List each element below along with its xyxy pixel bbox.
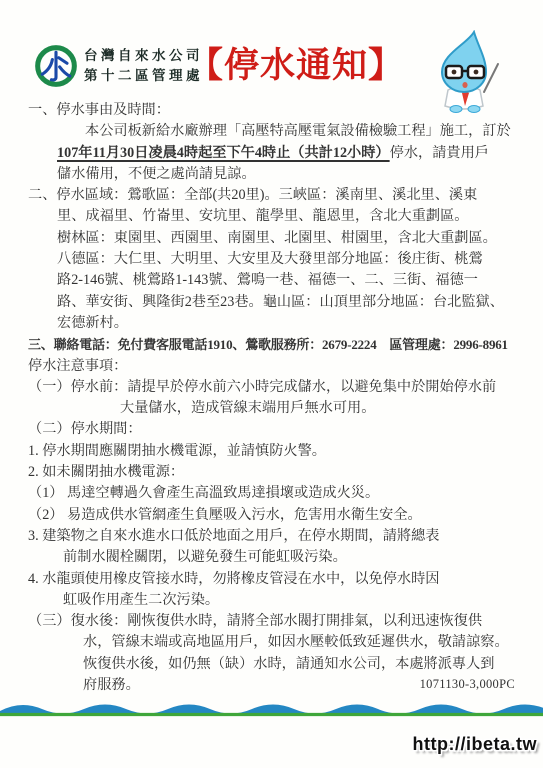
section1-text-prefix: 本公司板新給水廠辦理「高壓特高壓電氣設備檢驗工程」施工，訂於	[85, 123, 511, 139]
brand-block: 台灣自來水公司 第十二區管理處	[34, 44, 203, 88]
company-name: 台灣自來水公司 第十二區管理處	[84, 46, 203, 86]
wave-decoration	[0, 699, 543, 719]
note2-item3: 3. 建築物之自來水進水口低於地面之用戶，在停水期間，請將總表 前制水閥栓關閉，…	[28, 526, 531, 569]
section3-contact-line: 三、聯絡電話：免付費客服電話1910、鶯歌服務所：2679-2224 區管理處：…	[28, 334, 531, 355]
page-title: 【停水通知】	[188, 38, 404, 94]
note2-item4: 4. 水龍頭使用橡皮管接水時，勿將橡皮管浸在水中，以免停水時因 虹吸作用產生二次…	[28, 569, 531, 612]
notice-body: 一、停水事由及時間： 本公司板新給水廠辦理「高壓特高壓電氣設備檢驗工程」施工，訂…	[28, 100, 531, 696]
note1-before-suspension: （一）停水前：請提早於停水前六小時完成儲水，以避免集中於開始停水前 大量儲水，造…	[28, 377, 531, 420]
section1-paragraph: 本公司板新給水廠辦理「高壓特高壓電氣設備檢驗工程」施工，訂於 107年11月30…	[28, 121, 531, 185]
notice-header: 台灣自來水公司 第十二區管理處 【停水通知】	[0, 36, 543, 102]
note2-item1: 1. 停水期間應關閉抽水機電源，並請慎防火警。	[28, 441, 531, 462]
company-name-line2: 第十二區管理處	[84, 66, 203, 86]
notice-page: 台灣自來水公司 第十二區管理處 【停水通知】	[0, 0, 543, 768]
note2-item2-sub2: （2） 易造成供水管網產生負壓吸入污水，危害用水衛生安全。	[28, 505, 531, 526]
watermark-url: http://ibeta.tw	[413, 734, 537, 755]
section2-areas-paragraph: 二、停水區域：鶯歌區：全部(共20里)。三峽區：溪南里、溪北里、溪東 里、成福里…	[28, 185, 531, 334]
print-run-code: 1071130-3,000PC	[420, 677, 515, 692]
section1-heading: 一、停水事由及時間：	[28, 100, 531, 121]
notes-heading: 停水注意事項：	[28, 356, 531, 377]
taiwan-water-corporation-logo-icon	[34, 44, 78, 88]
note2-item2-sub1: （1） 馬達空轉過久會產生高溫致馬達損壞或造成火災。	[28, 483, 531, 504]
note2-heading: （二）停水期間：	[28, 419, 531, 440]
suspension-datetime-emphasis: 107年11月30日凌晨4時起至下午4時止（共計12小時）	[57, 145, 390, 161]
company-name-line1: 台灣自來水公司	[84, 46, 203, 66]
note2-item2: 2. 如未關閉抽水機電源：	[28, 462, 531, 483]
